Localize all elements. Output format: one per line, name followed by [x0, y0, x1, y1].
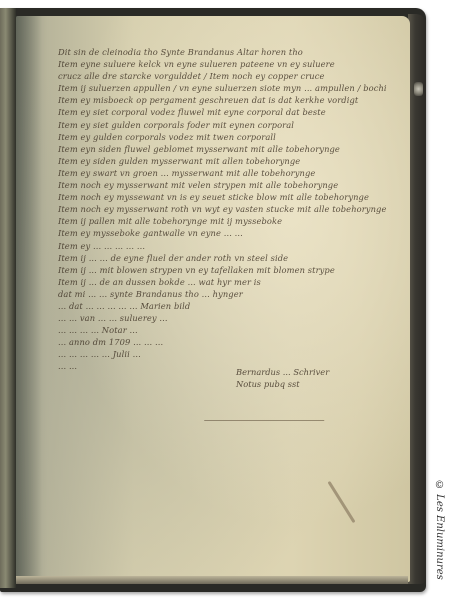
manuscript-line: ... ... van ... ... suluerey ...	[58, 312, 408, 324]
manuscript-line: Item ey siet corporal vodez fluwel mit e…	[58, 106, 408, 118]
manuscript-line: Item ey swart vn groen ... mysserwant mi…	[58, 167, 408, 179]
signature-title: Notus pubq sst	[236, 378, 406, 390]
manuscript-line: ... ... ... ... ... Julii ...	[58, 348, 408, 360]
book-spine	[0, 8, 16, 588]
manuscript-line: Item eyne suluere kelck vn eyne sulueren…	[58, 58, 408, 70]
copyright-notice: © Les Enluminures	[425, 480, 445, 592]
page-gutter-shadow	[16, 16, 42, 582]
manuscript-line: Item noch ey myssewant vn is ey seuet st…	[58, 191, 408, 203]
manuscript-line: ... anno dm 1709 ... ... ...	[58, 336, 408, 348]
notary-signature: Bernardus ... Schriver Notus pubq sst	[236, 366, 406, 390]
manuscript-line: Item ij ... mit blowen strypen vn ey taf…	[58, 264, 408, 276]
manuscript-line: Item eyn siden fluwel geblomet mysserwan…	[58, 143, 408, 155]
manuscript-line: Item ij ... ... de eyne fluel der ander …	[58, 252, 408, 264]
book-cover-edge	[408, 14, 426, 584]
signature-flourish	[204, 400, 336, 421]
manuscript-line: Item ey siden gulden mysserwant mit alle…	[58, 155, 408, 167]
manuscript-line: Item ey siet gulden corporals foder mit …	[58, 119, 408, 131]
manuscript-line: ... ... ... ... Notar ...	[58, 324, 408, 336]
manuscript-line: Item ey gulden corporals vodez mit twen …	[58, 131, 408, 143]
signature-name: Bernardus ... Schriver	[236, 366, 406, 378]
manuscript-line: Item noch ey mysserwant roth vn wyt ey v…	[58, 203, 408, 215]
manuscript-line: Dit sin de cleinodia tho Synte Brandanus…	[58, 46, 408, 58]
manuscript-line: Item ey mysseboke gantwalle vn eyne ... …	[58, 227, 408, 239]
manuscript-line: Item ij suluerzen appullen / vn eyne sul…	[58, 82, 408, 94]
manuscript-line: Item ey ... ... ... ... ...	[58, 240, 408, 252]
manuscript-line: ... dat ... ... ... ... ... Marien bild	[58, 300, 408, 312]
manuscript-line: Item ey misboeck op pergament geschreuen…	[58, 94, 408, 106]
page-edge	[16, 576, 408, 584]
clasp-icon	[414, 82, 423, 96]
manuscript-line: dat mi ... ... synte Brandanus tho ... h…	[58, 288, 408, 300]
manuscript-text: Dit sin de cleinodia tho Synte Brandanus…	[58, 46, 408, 373]
manuscript-line: Item ij pallen mit alle tobehorynge mit …	[58, 215, 408, 227]
manuscript-line: Item ij ... de an dussen bokde ... wat h…	[58, 276, 408, 288]
manuscript-line: crucz alle dre starcke vorgulddet / Item…	[58, 70, 408, 82]
manuscript-line: Item noch ey mysserwant mit velen strype…	[58, 179, 408, 191]
